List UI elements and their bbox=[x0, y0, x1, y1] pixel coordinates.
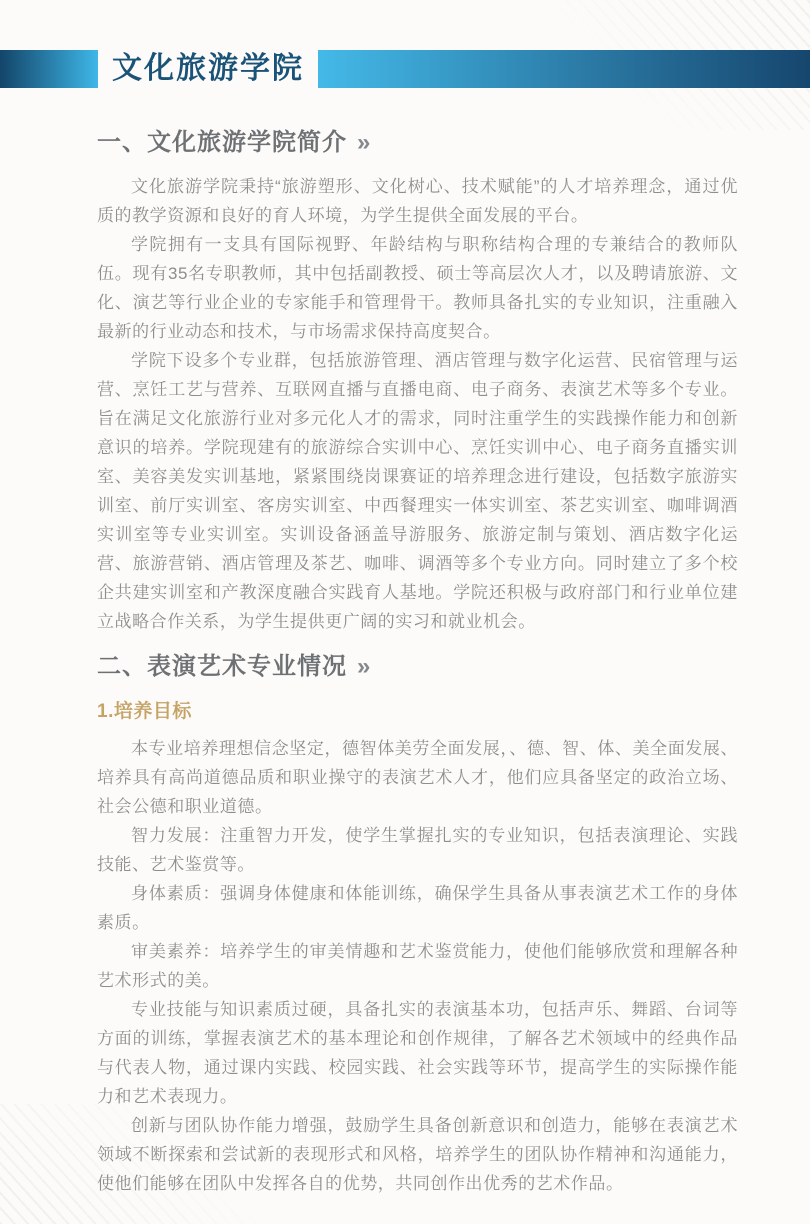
document-content: 一、文化旅游学院简介» 文化旅游学院秉持“旅游塑形、文化树心、技术赋能”的人才培… bbox=[97, 88, 738, 1198]
section-2-paragraph-4: 审美素养：培养学生的审美情趣和艺术鉴赏能力，使他们能够欣赏和理解各种艺术形式的美… bbox=[97, 937, 738, 995]
section-1-paragraph-2: 学院拥有一支具有国际视野、年龄结构与职称结构合理的专兼结合的教师队伍。现有35名… bbox=[97, 230, 738, 346]
section-2-subheading: 1.培养目标 bbox=[97, 700, 738, 724]
section-1-heading-text: 一、文化旅游学院简介 bbox=[97, 129, 347, 156]
section-1-heading: 一、文化旅游学院简介» bbox=[97, 128, 738, 158]
section-2-paragraph-6: 创新与团队协作能力增强，鼓励学生具备创新意识和创造力，能够在表演艺术领域不断探索… bbox=[97, 1111, 738, 1198]
section-2-heading: 二、表演艺术专业情况» bbox=[97, 652, 738, 682]
section-2-paragraph-1: 本专业培养理想信念坚定，德智体美劳全面发展，、德、智、体、美全面发展、培养具有高… bbox=[97, 734, 738, 821]
section-2-heading-text: 二、表演艺术专业情况 bbox=[97, 653, 347, 680]
page-title: 文化旅游学院 bbox=[112, 49, 304, 89]
page-banner: 文化旅游学院 bbox=[0, 50, 810, 88]
section-1-paragraph-1: 文化旅游学院秉持“旅游塑形、文化树心、技术赋能”的人才培养理念，通过优质的教学资… bbox=[97, 172, 738, 230]
section-2-paragraph-5: 专业技能与知识素质过硬，具备扎实的表演基本功，包括声乐、舞蹈、台词等方面的训练，… bbox=[97, 995, 738, 1111]
double-chevron-icon: » bbox=[357, 653, 371, 680]
section-2-paragraph-3: 身体素质：强调身体健康和体能训练，确保学生具备从事表演艺术工作的身体素质。 bbox=[97, 879, 738, 937]
banner-gradient-bar-left bbox=[0, 50, 98, 88]
double-chevron-icon: » bbox=[357, 129, 371, 156]
section-1-paragraph-3: 学院下设多个专业群，包括旅游管理、酒店管理与数字化运营、民宿管理与运营、烹饪工艺… bbox=[97, 346, 738, 636]
section-2-paragraph-2: 智力发展：注重智力开发，使学生掌握扎实的专业知识，包括表演理论、实践技能、艺术鉴… bbox=[97, 821, 738, 879]
banner-gradient-bar-right bbox=[318, 50, 810, 88]
